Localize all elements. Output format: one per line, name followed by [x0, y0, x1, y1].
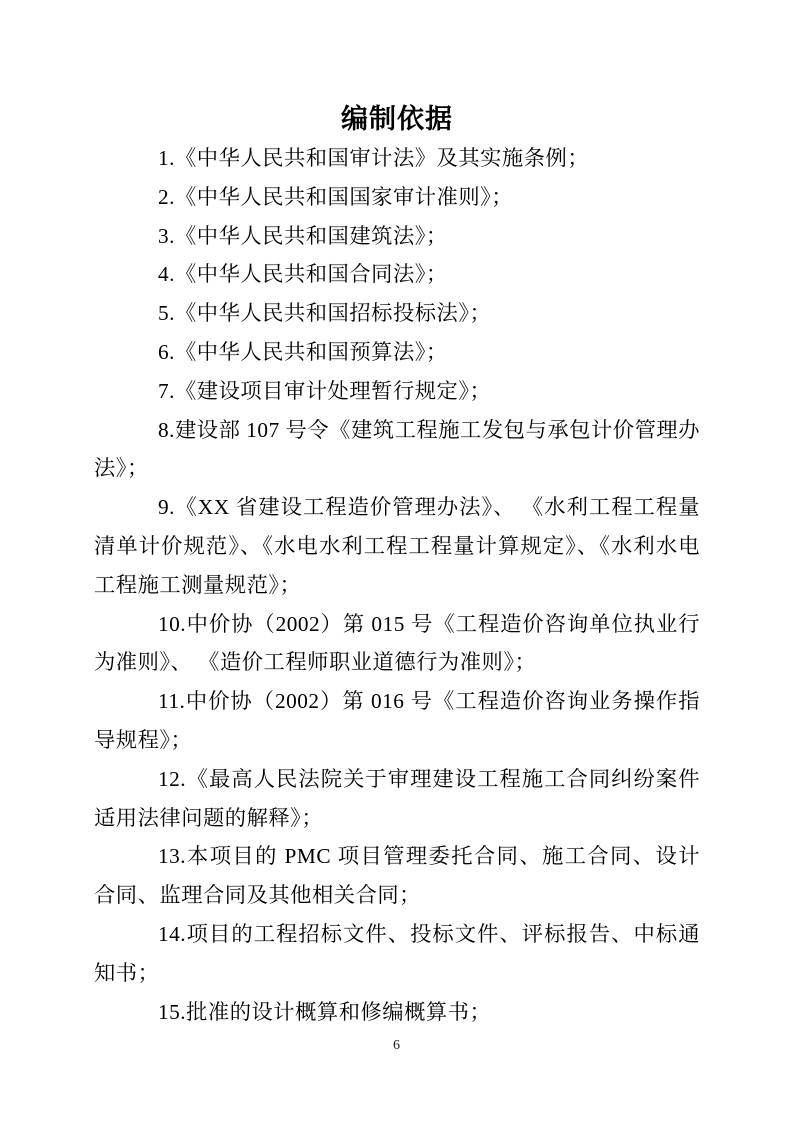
- page-number: 6: [0, 1036, 793, 1056]
- list-item: 6.《中华人民共和国预算法》；: [94, 333, 700, 372]
- list-item: 1.《中华人民共和国审计法》及其实施条例；: [94, 139, 700, 178]
- list-item: 3.《中华人民共和国建筑法》；: [94, 217, 700, 256]
- list-item: 11.中价协（2002）第 016 号《工程造价咨询业务操作指导规程》；: [94, 682, 700, 760]
- list-item: 10.中价协（2002）第 015 号《工程造价咨询单位执业行为准则》、 《造价…: [94, 605, 700, 683]
- list-item: 13.本项目的 PMC 项目管理委托合同、施工合同、设计合同、监理合同及其他相关…: [94, 837, 700, 915]
- list-item: 15.批准的设计概算和修编概算书；: [94, 993, 700, 1032]
- list-item: 9.《XX 省建设工程造价管理办法》、 《水利工程工程量清单计价规范》、《水电水…: [94, 488, 700, 604]
- list-item: 12.《最高人民法院关于审理建设工程施工合同纠纷案件适用法律问题的解释》；: [94, 760, 700, 838]
- list-item: 4.《中华人民共和国合同法》；: [94, 255, 700, 294]
- list-item: 14.项目的工程招标文件、投标文件、评标报告、中标通知书；: [94, 915, 700, 993]
- page-title: 编制依据: [94, 100, 700, 139]
- reference-list: 1.《中华人民共和国审计法》及其实施条例； 2.《中华人民共和国国家审计准则》；…: [94, 139, 700, 1031]
- list-item: 2.《中华人民共和国国家审计准则》；: [94, 178, 700, 217]
- document-page: 编制依据 1.《中华人民共和国审计法》及其实施条例； 2.《中华人民共和国国家审…: [0, 0, 793, 1122]
- list-item: 5.《中华人民共和国招标投标法》；: [94, 294, 700, 333]
- document-content: 编制依据 1.《中华人民共和国审计法》及其实施条例； 2.《中华人民共和国国家审…: [94, 100, 700, 1031]
- list-item: 8.建设部 107 号令《建筑工程施工发包与承包计价管理办法》；: [94, 411, 700, 489]
- list-item: 7.《建设项目审计处理暂行规定》；: [94, 372, 700, 411]
